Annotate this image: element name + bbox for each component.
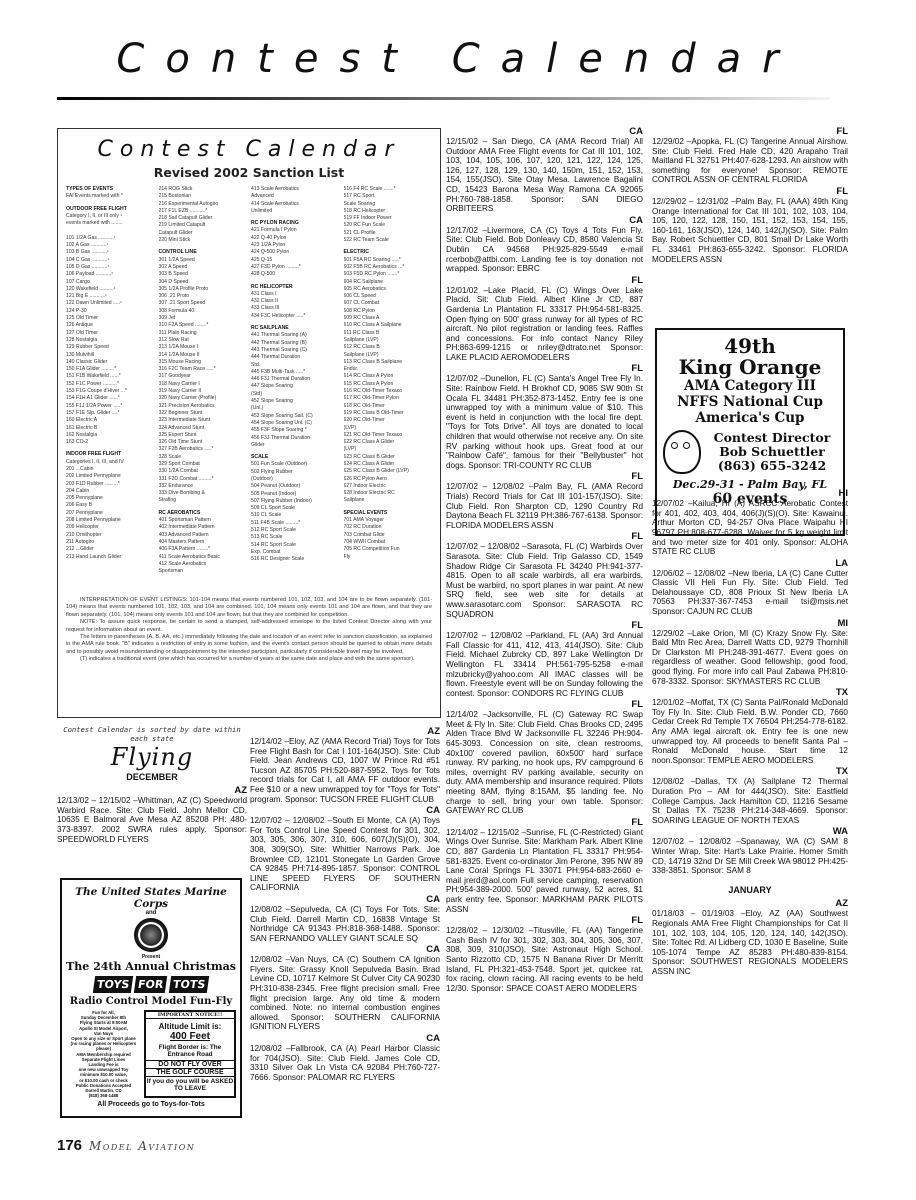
sanction-event: 510 CL Scale	[251, 512, 340, 519]
sanction-event: 126 Antique	[66, 322, 155, 329]
sanction-event: 324 Advanced Stunt	[159, 425, 248, 432]
calendar-column-2: AZ12/14/02 –Eloy, AZ (AMA Record Trial) …	[250, 725, 440, 1083]
sanction-event: 121 Big E ...........¹	[66, 293, 155, 300]
tft-important-notice: IMPORTANT NOTICE!! Altitude Limit is: 40…	[144, 1010, 236, 1098]
state-label: FL	[446, 364, 643, 374]
sanction-event: 152 F1C Power ..........*	[66, 381, 155, 388]
state-label: FL	[446, 532, 643, 542]
sanction-event: 153 F1G Coupe d'Hiver ...*	[66, 388, 155, 395]
state-label: LA	[652, 559, 848, 569]
sanction-event: 215 Bostonian	[159, 193, 248, 200]
sanction-event: 512 RC Sport Scale	[251, 527, 340, 534]
tft-and: and	[66, 910, 236, 916]
sanction-event: 605 RC Aerobatics	[344, 286, 433, 293]
event-listing: 12/01/02 –Lake Placid, FL (C) Wings Over…	[446, 286, 643, 363]
sanction-event: 310 F2A Speed ........*	[159, 322, 248, 329]
sanction-column: 214 ROG Stick215 Bostonian216 Experiment…	[159, 186, 248, 591]
sanction-event: 307 .21 Sport Speed	[159, 300, 248, 307]
state-label: CA	[250, 806, 440, 816]
sanction-event: 421 Formula I Pylon	[251, 227, 340, 234]
sanction-note: NOTE: To assure quick response, be certa…	[66, 619, 432, 634]
sanction-event: 402 Intermediate Pattern	[159, 524, 248, 531]
king-orange-ad: 49th King Orange AMA Category III NFFS N…	[655, 328, 845, 536]
state-label: MI	[652, 619, 848, 629]
event-listing: 12/07/02 – 12/08/02 –Spanaway, WA (C) SA…	[652, 837, 848, 875]
ko-cd-name: Bob Schuettler	[701, 445, 843, 459]
sanction-list-subtitle: Revised 2002 Sanction List	[66, 165, 432, 180]
sanction-event: 130 Mulvihill	[66, 352, 155, 359]
sanction-event: 516 RC Designer Scale	[251, 556, 340, 563]
sanction-event: 447 Slope Soaring	[251, 383, 340, 390]
sanction-category-heading: RC SAILPLANE	[251, 325, 340, 332]
sanction-event: 107 Cargo	[66, 279, 155, 286]
tft-footer: All Proceeds go to Toys-for-Tots	[66, 1101, 236, 1108]
sanction-event: 452 Slope Soaring	[251, 398, 340, 405]
sanction-event: 456 F3J Thermal Duration	[251, 435, 340, 442]
sanction-category-heading: ELECTRIC	[344, 249, 433, 256]
sanction-event: 303 B Speed	[159, 271, 248, 278]
sanction-event: 403 Advanced Pattern	[159, 532, 248, 539]
sanction-event: 319 Navy Carrier II	[159, 388, 248, 395]
sanction-event: 615 RC Class A Pylon	[344, 381, 433, 388]
sanction-event: 318 Navy Carrier I	[159, 381, 248, 388]
sanction-event: 625 RC Class B Glider (LVP)	[344, 468, 433, 475]
sanction-event: 620 RC Old-Timer	[344, 417, 433, 424]
sanction-event: Category I, II, or III only ¹	[66, 213, 155, 220]
tft-detail-line: (818) 368-1488	[66, 1093, 141, 1098]
sanction-event: 220 Mini Stick	[159, 237, 248, 244]
event-listing: 12/08/02 –Sepulveda, CA (C) Toys For Tot…	[250, 905, 440, 943]
state-label: CA	[250, 945, 440, 955]
sanction-event: 619 RC Class B Old-Timer	[344, 410, 433, 417]
sanction-event: 213 Hand Launch Glider	[66, 554, 155, 561]
sanction-event: 614 RC Class A Pylon	[344, 373, 433, 380]
state-label: FL	[446, 621, 643, 631]
sanction-event: 218 Sail Catapult Glider	[159, 215, 248, 222]
sanction-event: 423 1/2A Pylon	[251, 242, 340, 249]
tft-logo-word: FOR	[134, 976, 168, 993]
sanction-event: 206 Easy B	[66, 502, 155, 509]
calendar-column-1: Contest Calendar is sorted by date withi…	[57, 725, 247, 845]
sanction-event: 608 RC Pylon	[344, 308, 433, 315]
sanction-event: 443 Thermal Soaring (C)	[251, 347, 340, 354]
event-listing: 12/17/02 –Livermore, CA (C) Toys 4 Tots …	[446, 226, 643, 274]
sanction-event: 150 F1A Glider .........*	[66, 366, 155, 373]
state-label: FL	[652, 187, 848, 197]
sanction-event: 603 F5D RC Pylon .......*	[344, 271, 433, 278]
state-label: TX	[652, 688, 848, 698]
sanction-event: 623 RC Class B Glider	[344, 454, 433, 461]
ko-dates: Dec.29-31 - Palm Bay, FL	[657, 478, 843, 491]
sanction-event: 154 F1H A1 Glider ......*	[66, 395, 155, 402]
event-listing: 12/07/02 –Dunellon, FL (C) Santa's Angel…	[446, 374, 643, 470]
sanction-event: 209 Helicopter	[66, 524, 155, 531]
tft-leave: If you do you will be ASKED TO LEAVE	[146, 1077, 234, 1093]
event-listing: 12/28/02 – 12/30/02 –Titusville, FL (AA)…	[446, 926, 643, 993]
sanction-event: 201 ...Cabin	[66, 466, 155, 473]
sanction-event: (Outdoor)	[251, 476, 340, 483]
event-listing: 12/06/02 – 12/08/02 –New Iberia, LA (C) …	[652, 569, 848, 617]
sanction-event: 502 Flying Rubber	[251, 469, 340, 476]
sanction-event: 705 RC Competition Fun	[344, 546, 433, 553]
sanction-event: 422 Q-40 Pylon	[251, 235, 340, 242]
sanction-event: 414 Scale Aerobatics	[251, 201, 340, 208]
sanction-event: 604 RC Sailplane	[344, 279, 433, 286]
tft-logo-word: TOTS	[169, 976, 210, 993]
sanction-event: 162 Nostalgia	[66, 432, 155, 439]
sanction-event: 205 Pennyplane	[66, 495, 155, 502]
sanction-event: 140 Classic Glider	[66, 359, 155, 366]
tft-details: Fun for All,Sunday December 8thFlying St…	[66, 1010, 141, 1098]
month-heading-december: DECEMBER	[57, 773, 247, 783]
sanction-event: 308 Formula 40	[159, 308, 248, 315]
sanction-event	[66, 227, 155, 234]
sanction-event: 106 Payload ...........¹	[66, 271, 155, 278]
sanction-note: INTERPRETATION OF EVENT LISTINGS: 101-10…	[66, 597, 432, 619]
sort-note: Contest Calendar is sorted by date withi…	[57, 725, 247, 743]
sanction-event: 518 RC Helicopter	[344, 208, 433, 215]
state-label: FL	[446, 700, 643, 710]
sanction-event: 105 D Gas ...........¹	[66, 264, 155, 271]
sanction-event: 127 Old Timer	[66, 330, 155, 337]
sanction-event: 411 Scale Aerobatics Basic	[159, 554, 248, 561]
state-label: FL	[652, 127, 848, 137]
sanction-event: Sailplane (LVP)	[344, 337, 433, 344]
sanction-event: 211 Autogiro	[66, 539, 155, 546]
toys-for-tots-logo: TOYS FOR TOTS	[66, 976, 236, 993]
event-listing: 01/18/03 – 01/19/03 –Eloy, AZ (AA) South…	[652, 909, 848, 976]
event-listing: 12/07/02 – 12/08/02 –South El Monte, CA …	[250, 816, 440, 893]
event-listing: 12/14/02 – 12/15/02 –Sunrise, FL (C-Rest…	[446, 828, 643, 914]
tft-subhead: Radio Control Model Fun-Fly	[66, 996, 236, 1007]
tft-feet: 400 Feet	[146, 1031, 234, 1042]
page-title: Contest Calendar	[0, 36, 916, 82]
sanction-event: 122 Dawn Unlimited .....¹	[66, 300, 155, 307]
sanction-event: 103 B Gas ...........¹	[66, 249, 155, 256]
sanction-event: 621 RC Old-Timer Texaco	[344, 432, 433, 439]
sanction-event: 704 WWII Combat	[344, 539, 433, 546]
sanction-event: 627 Indoor Electric	[344, 483, 433, 490]
sanction-category-heading: RC HELICOPTER	[251, 284, 340, 291]
sanction-list-notes: INTERPRETATION OF EVENT LISTINGS: 101-10…	[66, 597, 432, 664]
sanction-event: Sailplane	[344, 497, 433, 504]
ko-cd-phone: (863) 655-3242	[701, 459, 843, 473]
sanction-event: 306 .21 Proto	[159, 293, 248, 300]
state-label: FL	[446, 472, 643, 482]
sanction-event: 331 F2D Combat .........*	[159, 476, 248, 483]
ko-name: King Orange	[657, 356, 843, 378]
toys-for-tots-ad: The United States Marine Corps and Prese…	[60, 878, 242, 1118]
sanction-event: 609 RC Class A	[344, 315, 433, 322]
state-label: AZ	[652, 899, 848, 909]
page-footer: 176 Model Aviation	[57, 1137, 195, 1154]
sanction-event: 161 Electric B	[66, 425, 155, 432]
tft-arc-text: The United States Marine Corps	[66, 886, 236, 910]
sanction-event: 163 CO-2	[66, 439, 155, 446]
section-heading-flying: Flying	[57, 753, 247, 763]
king-orange-mascot-icon	[663, 430, 701, 474]
sanction-event: 702 RC Duration	[344, 524, 433, 531]
ko-line1: AMA Category III	[657, 378, 843, 394]
sanction-event: 455 F3F Slope Soaring *	[251, 427, 340, 434]
sanction-event: 606 CL Speed	[344, 293, 433, 300]
sanction-event: Unlimited	[251, 208, 340, 215]
sanction-event: FAI Events marked with *	[66, 193, 155, 200]
sanction-event: 129 Rubber Speed	[66, 344, 155, 351]
sanction-event: Std.	[251, 362, 340, 369]
event-listing: 12/08/02 –Van Nuys, CA (C) Southern CA I…	[250, 955, 440, 1032]
sanction-event: (Unl.)	[251, 405, 340, 412]
sanction-event: Glider	[251, 442, 340, 449]
sanction-list-title: Contest Calendar	[66, 137, 432, 162]
sanction-event: 314 1/2A Mouse II	[159, 352, 248, 359]
state-label: CA	[250, 1034, 440, 1044]
sanction-event: 511 F4B Scale .........*	[251, 520, 340, 527]
sanction-event: 424 Q-500 Pylon	[251, 249, 340, 256]
ko-line2: NFFS National Cup	[657, 394, 843, 410]
sanction-event: 301 1/2A Speed	[159, 257, 248, 264]
sanction-event: Advanced	[251, 193, 340, 200]
sanction-event: 616 RC Old-Timer Texaco	[344, 388, 433, 395]
sanction-event: 516 F4 RC Scale .......*	[344, 186, 433, 193]
sanction-event: 219 Limited Catapult	[159, 222, 248, 229]
tft-border: Flight Border is: The Entrance Road	[146, 1044, 234, 1058]
sanction-event: 433 Class III	[251, 305, 340, 312]
sanction-event: 302 A Speed	[159, 264, 248, 271]
sanction-event: 312 Slow Rat	[159, 337, 248, 344]
sanction-event: 304 D Speed	[159, 279, 248, 286]
event-listing: 12/14/02 –Eloy, AZ (AMA Record Trial) To…	[250, 737, 440, 804]
title-divider	[57, 97, 830, 100]
marine-corps-seal-icon	[134, 918, 168, 952]
sanction-event: 151 F1B Wakefield ......*	[66, 373, 155, 380]
sanction-event: 124 P-30	[66, 308, 155, 315]
sanction-event: 441 Thermal Soaring (A)	[251, 332, 340, 339]
sanction-event: 446 F3J Thermal Duration	[251, 376, 340, 383]
tft-notice-title: IMPORTANT NOTICE!!	[146, 1012, 234, 1019]
sanction-category-heading: OUTDOOR FREE FLIGHT	[66, 206, 155, 213]
sanction-category-heading: CONTROL LINE	[159, 249, 248, 256]
sanction-event: 309 Jet	[159, 315, 248, 322]
sanction-event: 507 Flying Rubber (Indoor)	[251, 498, 340, 505]
magazine-name: Model Aviation	[89, 1139, 195, 1153]
sanction-event: 333 Dive Bombing &	[159, 490, 248, 497]
sanction-event: 618 RC Old-Timer	[344, 403, 433, 410]
sanction-event: events marked with ........	[66, 220, 155, 227]
calendar-column-3: CA12/15/02 – San Diego, CA (AMA Record T…	[446, 125, 643, 994]
sanction-category-heading: TYPES OF EVENTS	[66, 186, 155, 193]
sanction-event: 120 Wakefield ..........¹	[66, 286, 155, 293]
sanction-event: 204 Cabin	[66, 488, 155, 495]
sanction-event: 210 Ornithopter	[66, 532, 155, 539]
event-listing: 12/08/02 –Fallbrook, CA (A) Pearl Harbor…	[250, 1044, 440, 1082]
sanction-event: 521 CL Profile	[344, 230, 433, 237]
sanction-column: 413 Scale Aerobatics Advanced414 Scale A…	[251, 186, 340, 591]
sanction-event: 216 Experimental Autogiro	[159, 201, 248, 208]
sanction-event: 102 A Gas ...........¹	[66, 242, 155, 249]
event-listing: 12/07/02 – 12/08/02 –Palm Bay, FL (AMA R…	[446, 482, 643, 530]
sanction-event: 315 Mouse Racing	[159, 359, 248, 366]
sanction-note: The letters in parentheses (A, B, AA, et…	[66, 634, 432, 656]
tft-headline: The 24th Annual Christmas	[66, 960, 236, 973]
sanction-event: 453 Slope Soaring Sail. (C)	[251, 413, 340, 420]
sanction-event: 520 RC Fun Scale	[344, 222, 433, 229]
sanction-category-heading: INDOOR FREE FLIGHT	[66, 451, 155, 458]
sanction-event: 160 Electric A	[66, 417, 155, 424]
state-label: WA	[652, 827, 848, 837]
sanction-event: 454 Slope Soaring Unl. (C)	[251, 420, 340, 427]
month-heading-january: JANUARY	[652, 886, 848, 896]
sanction-list-box: Contest Calendar Revised 2002 Sanction L…	[57, 128, 441, 718]
sanction-event: 612 RC Class B	[344, 344, 433, 351]
sanction-event: 320 Navy Carrier (Profile)	[159, 395, 248, 402]
col4-bottom-entries: HI12/07/02 –Kailua, HI (A) ASRCC Aerobat…	[652, 489, 848, 876]
sanction-event: Strafing	[159, 497, 248, 504]
sanction-event: 701 AMA Voyager	[344, 517, 433, 524]
ko-events: 60 events	[657, 491, 843, 507]
sanction-event: Endur.	[344, 366, 433, 373]
event-listing: 12/07/02 – 12/08/02 –Parkland, FL (AA) 3…	[446, 631, 643, 698]
state-label: AZ	[250, 727, 440, 737]
sanction-event: (LVP)	[344, 446, 433, 453]
state-label: CA	[250, 895, 440, 905]
state-label: FL	[446, 916, 643, 926]
sanction-category-heading: SPECIAL EVENTS	[344, 510, 433, 517]
sanction-event: Scale Soaring	[344, 201, 433, 208]
sanction-event: 322 Beginner Stunt	[159, 410, 248, 417]
sanction-event: 624 RC Class A Glider	[344, 461, 433, 468]
sanction-event: 626 RC Pylon Aero	[344, 476, 433, 483]
col1-entries: AZ12/13/02 – 12/15/02 –Whittman, AZ (C) …	[57, 786, 247, 844]
sanction-event: Fly	[344, 554, 433, 561]
event-listing: 12/14/02 –Jacksonville, FL (C) Gateway R…	[446, 710, 643, 816]
event-listing: 12/29/02 –Lake Orion, MI (C) Krazy Snow …	[652, 629, 848, 687]
ko-line3: America's Cup	[657, 410, 843, 426]
state-label: AZ	[57, 786, 247, 796]
sanction-event: 522 RC Team Scale	[344, 237, 433, 244]
sanction-event: 329 Sport Combat	[159, 461, 248, 468]
sanction-event: Sportsman	[159, 568, 248, 575]
sanction-event: 203 F1D Rubber .........*	[66, 481, 155, 488]
sanction-event: 325 Expert Stunt	[159, 432, 248, 439]
sanction-event: Exp. Combat	[251, 549, 340, 556]
sanction-event: 104 C Gas ...........¹	[66, 257, 155, 264]
sanction-event: 212 ...Glider	[66, 546, 155, 553]
state-label: FL	[446, 818, 643, 828]
sanction-event: 514 RC Sport Scale	[251, 542, 340, 549]
sanction-event: 425 Q-15	[251, 257, 340, 264]
sanction-event: 101 1/2A Gas ...........¹	[66, 235, 155, 242]
sanction-event: 622 RC Class A Glider	[344, 439, 433, 446]
sanction-event: 311 Plain Racing	[159, 330, 248, 337]
event-listing: 12/08/02 –Dallas, TX (A) Sailplane T2 Th…	[652, 777, 848, 825]
sanction-event: 413 Scale Aerobatics	[251, 186, 340, 193]
sanction-column: TYPES OF EVENTSFAI Events marked with *O…	[66, 186, 155, 591]
tft-logo-word: TOYS	[93, 976, 134, 993]
sanction-event: 323 Intermediate Stunt	[159, 417, 248, 424]
sanction-event: 509 CL Sport Scale	[251, 505, 340, 512]
sanction-event: 434 F3C Helicopter .....*	[251, 313, 340, 320]
sanction-event: 316 F2C Team Race .....*	[159, 366, 248, 373]
sanction-event: 444 Thermal Duration	[251, 354, 340, 361]
sanction-event: 207 Pennyplane	[66, 510, 155, 517]
sanction-event: 445 F3B Multi-Task .....*	[251, 369, 340, 376]
sanction-event: 157 F1E Slp. Glider ....*	[66, 410, 155, 417]
sanction-event: 155 F1J 1/2A Power .....*	[66, 403, 155, 410]
sanction-event: 431 Class I	[251, 291, 340, 298]
event-listing: 12/29/02 –Apopka, FL (C) Tangerine Annua…	[652, 137, 848, 185]
event-listing: 12/13/02 – 12/15/02 –Whittman, AZ (C) Sp…	[57, 796, 247, 844]
sanction-column: 516 F4 RC Scale .......*517 RC Sport Sca…	[344, 186, 433, 591]
sanction-event: 505 Peanut (Indoor)	[251, 491, 340, 498]
sanction-event: 427 F3D Pylon .........*	[251, 264, 340, 271]
sanction-event: (Std)	[251, 391, 340, 398]
sanction-event: 412 Scale Aerobatics	[159, 561, 248, 568]
sanction-event: 703 Combat Glide	[344, 532, 433, 539]
sanction-event: 326 Old Time Stunt	[159, 439, 248, 446]
sanction-event: 317 Goodyear	[159, 373, 248, 380]
page-number: 176	[57, 1137, 82, 1154]
sanction-event: Categories I, II, III, and IV	[66, 459, 155, 466]
sanction-event: 513 RC Scale	[251, 534, 340, 541]
sanction-event: 401 Sportsman Pattern	[159, 517, 248, 524]
sanction-event: 305 1/2A Profile Proto	[159, 286, 248, 293]
sanction-event: 214 ROG Stick	[159, 186, 248, 193]
ko-edition: 49th	[657, 336, 843, 356]
sanction-event: 601 F5A RC Soaring .....*	[344, 257, 433, 264]
sanction-event: 404 Masters Pattern	[159, 539, 248, 546]
sanction-event: 610 RC Class A Sailplane	[344, 322, 433, 329]
state-label: CA	[446, 216, 643, 226]
ko-cd-label: Contest Director	[701, 431, 843, 445]
sanction-event: 332 Endurance	[159, 483, 248, 490]
sanction-event: 628 Indoor Electric RC	[344, 490, 433, 497]
tft-golf-course: THE GOLF COURSE	[146, 1069, 234, 1077]
tft-altitude: Altitude Limit is:	[146, 1022, 234, 1031]
sanction-category-heading: RC AEROBATICS	[159, 510, 248, 517]
sanction-event: 504 Peanut (Outdoor)	[251, 483, 340, 490]
sanction-event: 406 F3A Pattern ........*	[159, 546, 248, 553]
sanction-note: (T) indicates a traditional event (one w…	[66, 656, 432, 663]
sanction-event: 428 Q-500	[251, 271, 340, 278]
sanction-category-heading: RC PYLON RACING	[251, 220, 340, 227]
sanction-event: 442 Thermal Soaring (B)	[251, 340, 340, 347]
sanction-event: 611 RC Class B	[344, 330, 433, 337]
tft-do-not-fly: DO NOT FLY OVER	[146, 1060, 234, 1069]
state-label: CA	[446, 127, 643, 137]
sanction-event: 208 Limited Pennyplane	[66, 517, 155, 524]
sanction-event: 313 1/2A Mouse I	[159, 344, 248, 351]
sanction-event: 617 RC Old-Timer Pylon	[344, 395, 433, 402]
sanction-event: 128 Nostalgia	[66, 337, 155, 344]
calendar-column-4: FL12/29/02 –Apopka, FL (C) Tangerine Ann…	[652, 125, 848, 977]
sanction-event: 328 Scale	[159, 454, 248, 461]
event-listing: 12//29/02 – 12/31/02 –Palm Bay, FL (AAA)…	[652, 197, 848, 264]
sanction-category-heading: SCALE	[251, 454, 340, 461]
sanction-event: 327 F2B Aerobatics .....*	[159, 446, 248, 453]
col4-top-entries: FL12/29/02 –Apopka, FL (C) Tangerine Ann…	[652, 127, 848, 264]
sanction-list-columns: TYPES OF EVENTSFAI Events marked with *O…	[66, 186, 432, 591]
event-listing: 12/01/02 –Moffat, TX (C) Santa Pal/Ronal…	[652, 698, 848, 765]
event-listing: 12/15/02 – San Diego, CA (AMA Record Tri…	[446, 137, 643, 214]
sanction-event: 602 F5B RC Aerobatics ...*	[344, 264, 433, 271]
sanction-event: 202 Limited Pennyplane	[66, 473, 155, 480]
col4-january-entries: AZ01/18/03 – 01/19/03 –Eloy, AZ (AA) Sou…	[652, 899, 848, 976]
sanction-event: Catapult Glider	[159, 230, 248, 237]
sanction-event: 607 CL Combat	[344, 300, 433, 307]
sanction-event: 217 F1L EZB ...........*	[159, 208, 248, 215]
sanction-event: 125 Old Timer	[66, 315, 155, 322]
